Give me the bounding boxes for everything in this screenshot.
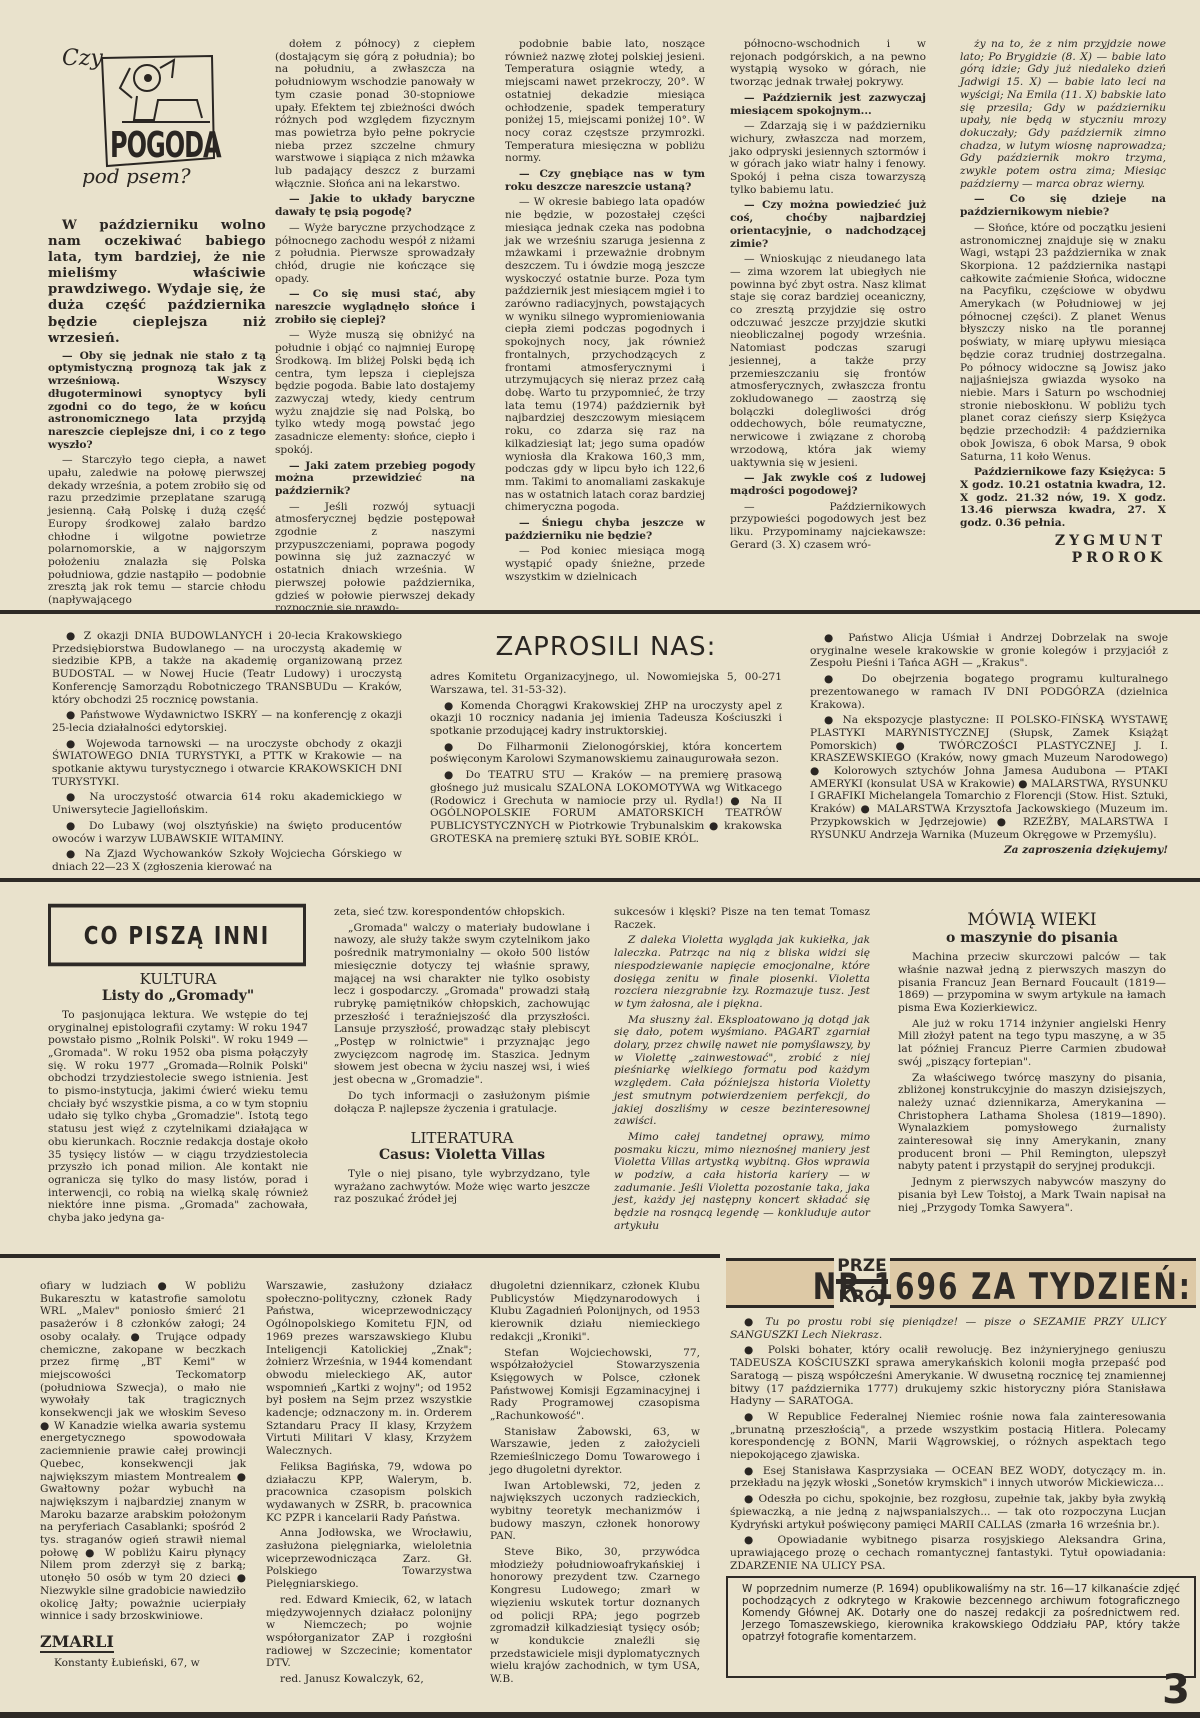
answer: — Jeśli rozwój sytuacji atmosferycznej b… — [275, 501, 475, 615]
weather-column-4: północno-wschodnich i w rejonach podgórs… — [730, 38, 926, 554]
answer: — Wyże muszą się obniżyć na południe i o… — [275, 329, 475, 456]
invitation-item: Do Filharmonii Zielonogórskiej, która ko… — [430, 741, 782, 766]
kultura-paragraph: To pasjonująca lektura. We wstępie do te… — [48, 1009, 308, 1225]
wieki-paragraph: Jednym z pierwszych nabywców maszyny do … — [898, 1176, 1166, 1214]
invitation-item: Z okazji DNIA BUDOWLANYCH i 20-lecia Kra… — [52, 630, 402, 706]
literatura-paragraph: Ma słuszny żal. Eksploatowano ją dotąd j… — [614, 1014, 870, 1128]
answer: północno-wschodnich i w rejonach podgórs… — [730, 38, 926, 89]
chronicle-column-3: długoletni dziennikarz, członek Klubu Pu… — [490, 1280, 700, 1689]
weather-column-1: W październiku wolno nam oczekiwać babie… — [48, 218, 266, 610]
logo-czy: Czy — [62, 46, 103, 72]
zmarli-heading: ZMARLI — [40, 1632, 114, 1653]
literatura-column: sukcesów i klęski? Pisze na ten temat To… — [614, 906, 870, 1236]
author-signature: ZYGMUNT PROROK — [960, 533, 1166, 567]
section-divider — [0, 878, 1200, 882]
obituary: Warszawie, zasłużony działacz społeczno-… — [266, 1280, 472, 1458]
invitation-item: Państwowe Wydawnictwo ISKRY — na konfere… — [52, 709, 402, 734]
answer: — Październikowych przypowieści pogodowy… — [730, 501, 926, 552]
obituary: Feliksa Bagińska, 79, wdowa po działaczu… — [266, 1461, 472, 1525]
obituary: Anna Jodłowska, we Wrocławiu, zasłużona … — [266, 1527, 472, 1591]
obituary: Steve Biko, 30, przywódca młodzieży połu… — [490, 1546, 700, 1686]
question: — Jaki zatem przebieg pogody można przew… — [275, 460, 475, 498]
question: — Czy gnębiące nas w tym roku deszcze na… — [505, 168, 705, 193]
logo-pod-psem: pod psem? — [82, 164, 191, 188]
invitation-item: Komenda Chorągwi Krakowskiej ZHP na uroc… — [430, 700, 782, 738]
question: — Jakie to układy baryczne dawały tę psi… — [275, 193, 475, 218]
weather-lead: W październiku wolno nam oczekiwać babie… — [48, 218, 266, 347]
invitation-item: Na Zjazd Wychowanków Szkoły Wojciecha Gó… — [52, 848, 402, 873]
weather-column-2: dołem z północy) z ciepłem (dostającym s… — [275, 38, 475, 618]
literatura-paragraph: sukcesów i klęski? Pisze na ten temat To… — [614, 906, 870, 931]
invitation-item: Do Lubawy (woj olsztyńskie) na święto pr… — [52, 820, 402, 845]
answer: — W okresie babiego lata opadów nie będz… — [505, 196, 705, 514]
co-pisza-inni-title: CO PISZĄ INNI — [48, 904, 306, 967]
obituary: Stefan Wojciechowski, 77, współzałożycie… — [490, 1347, 700, 1423]
chronicle-column-2: Warszawie, zasłużony działacz społeczno-… — [266, 1280, 472, 1689]
bottom-border — [0, 1712, 1200, 1718]
notice-text: W poprzednim numerze (P. 1694) opublikow… — [742, 1583, 1180, 1643]
literatura-paragraph: Tyle o niej pisano, tyle wybrzydzano, ty… — [334, 1168, 590, 1206]
weather-column-5: ży na to, że z nim przyjdzie nowe lato; … — [960, 38, 1166, 569]
logo-pogoda: POGODA — [110, 124, 221, 167]
wieki-paragraph: Ale już w roku 1714 inżynier angielski H… — [898, 1018, 1166, 1069]
question: — Jak zwykle coś z ludowej mądrości pogo… — [730, 472, 926, 497]
invitation-item: Na uroczystość otwarcia 614 roku akademi… — [52, 791, 402, 816]
next-issue-item: Odeszła po cichu, spokojnie, bez rozgłos… — [730, 1493, 1166, 1531]
kultura-column-1: KULTURA Listy do „Gromady" To pasjonując… — [48, 964, 308, 1228]
invitations-column-3: Państwo Alicja Uśmiał i Andrzej Dobrzela… — [810, 632, 1168, 860]
invitations-column-2: ZAPROSILI NAS: adres Komitetu Organizacy… — [430, 632, 782, 848]
obituary: Konstanty Łubieński, 67, w — [40, 1657, 246, 1670]
next-issue-item: Tu po prostu robi się pieniądze! — pisze… — [730, 1316, 1166, 1341]
answer: — Słońce, które od początku jesieni astr… — [960, 222, 1166, 463]
next-issue-item: Polski bohater, który ocalił rewolucję. … — [730, 1344, 1166, 1408]
section-divider — [0, 610, 1200, 614]
thanks-note: Za zaproszenia dziękujemy! — [810, 844, 1168, 857]
literatura-section: LITERATURA — [334, 1129, 590, 1147]
next-issue-item: Esej Stanisława Kasprzysiaka — OCEAN BEZ… — [730, 1465, 1166, 1490]
kultura-column-2: zeta, sieć tzw. korespondentów chłopskic… — [334, 906, 590, 1209]
wieki-column: MÓWIĄ WIEKI o maszynie do pisania Machin… — [898, 910, 1166, 1217]
obituary: długoletni dziennikarz, członek Klubu Pu… — [490, 1280, 700, 1344]
literatura-headline: Casus: Violetta Villas — [334, 1147, 590, 1164]
next-issue-list: Tu po prostu robi się pieniądze! — pisze… — [730, 1316, 1166, 1575]
answer: — Wyże baryczne przychodzące z północneg… — [275, 222, 475, 286]
answer: — Starczyło tego ciepła, a nawet upału, … — [48, 454, 266, 606]
chronicle-text: ofiary w ludziach ● W pobliżu Bukaresztu… — [40, 1280, 246, 1623]
question: — Oby się jednak nie stało z tą optymist… — [48, 350, 266, 452]
chronicle-column-1: ofiary w ludziach ● W pobliżu Bukaresztu… — [40, 1280, 246, 1673]
question: — Śniegu chyba jeszcze w październiku ni… — [505, 517, 705, 542]
weather-column-3: podobnie babie lato, noszące również naz… — [505, 38, 705, 587]
question: — Czy można powiedzieć już coś, choćby n… — [730, 199, 926, 250]
kultura-paragraph: Do tych informacji o zasłużonym piśmie d… — [334, 1090, 590, 1115]
kultura-paragraph: zeta, sieć tzw. korespondentów chłopskic… — [334, 906, 590, 919]
answer: — Wnioskując z nieudanego lata — zima wz… — [730, 253, 926, 469]
invitations-title: ZAPROSILI NAS: — [430, 632, 782, 663]
wieki-paragraph: Machina przeciw skurczowi palców — tak w… — [898, 951, 1166, 1015]
proverbs: ży na to, że z nim przyjdzie nowe lato; … — [960, 38, 1166, 190]
moon-phases: Październikowe fazy Księżyca: 5 X godz. … — [960, 466, 1166, 530]
question: — Co się musi stać, aby nareszcie wygląd… — [275, 288, 475, 326]
obituary: red. Edward Kmiecik, 62, w latach między… — [266, 1594, 472, 1670]
section-divider — [0, 1254, 720, 1258]
obituary: Iwan Artoblewski, 72, jeden z największy… — [490, 1480, 700, 1544]
kultura-paragraph: „Gromada" walczy o materiały budowlane i… — [334, 922, 590, 1087]
invitation-item: Państwo Alicja Uśmiał i Andrzej Dobrzela… — [810, 632, 1168, 670]
answer: — Pod koniec miesiąca mogą wystąpić opad… — [505, 545, 705, 583]
wieki-paragraph: Za właściwego twórcę maszyny do pisania,… — [898, 1072, 1166, 1174]
kultura-headline: Listy do „Gromady" — [48, 988, 308, 1005]
answer: podobnie babie lato, noszące również naz… — [505, 38, 705, 165]
literatura-paragraph: Mimo całej tandetnej oprawy, mimo posmak… — [614, 1131, 870, 1233]
wieki-section: MÓWIĄ WIEKI — [898, 910, 1166, 930]
obituary: red. Janusz Kowalczyk, 62, — [266, 1673, 472, 1686]
invitation-item: Wojewoda tarnowski — na uroczyste obchod… — [52, 738, 402, 789]
question: — Co się dzieje na październikowym niebi… — [960, 193, 1166, 218]
next-issue-title: NR 1696 ZA TYDZIEŃ: — [813, 1265, 1192, 1309]
next-issue-item: W Republice Federalnej Niemiec rośnie no… — [730, 1411, 1166, 1462]
pogoda-logo: Czy POGODA pod psem? — [62, 38, 222, 186]
invitation-item: Na ekspozycje plastyczne: II POLSKO-FIŃS… — [810, 714, 1168, 841]
obituary: Stanisław Żabowski, 63, w Warszawie, jed… — [490, 1426, 700, 1477]
co-pisza-inni-header: CO PISZĄ INNI — [48, 910, 306, 960]
wieki-headline: o maszynie do pisania — [898, 930, 1166, 947]
next-issue-banner: PRZE KRÓJ NR 1696 ZA TYDZIEŃ: — [726, 1258, 1196, 1308]
answer: — Zdarzają się i w październiku wichury,… — [730, 120, 926, 196]
invitations-column-1: Z okazji DNIA BUDOWLANYCH i 20-lecia Kra… — [52, 630, 402, 877]
page-number: 3 — [1162, 1666, 1190, 1714]
invitation-item: Do obejrzenia bogatego programu kultural… — [810, 673, 1168, 711]
question: — Październik jest zazwyczaj miesiącem s… — [730, 92, 926, 117]
answer: dołem z północy) z ciepłem (dostającym s… — [275, 38, 475, 190]
kultura-section: KULTURA — [48, 970, 308, 988]
invitation-item: adres Komitetu Organizacyjnego, ul. Nowo… — [430, 671, 782, 696]
notice-box: W poprzednim numerze (P. 1694) opublikow… — [726, 1576, 1196, 1678]
invitation-item: Do TEATRU STU — Kraków — na premierę pra… — [430, 769, 782, 845]
next-issue-item: Opowiadanie wybitnego pisarza rosyjskieg… — [730, 1534, 1166, 1572]
literatura-paragraph: Z daleka Violetta wygląda jak kukiełka, … — [614, 934, 870, 1010]
